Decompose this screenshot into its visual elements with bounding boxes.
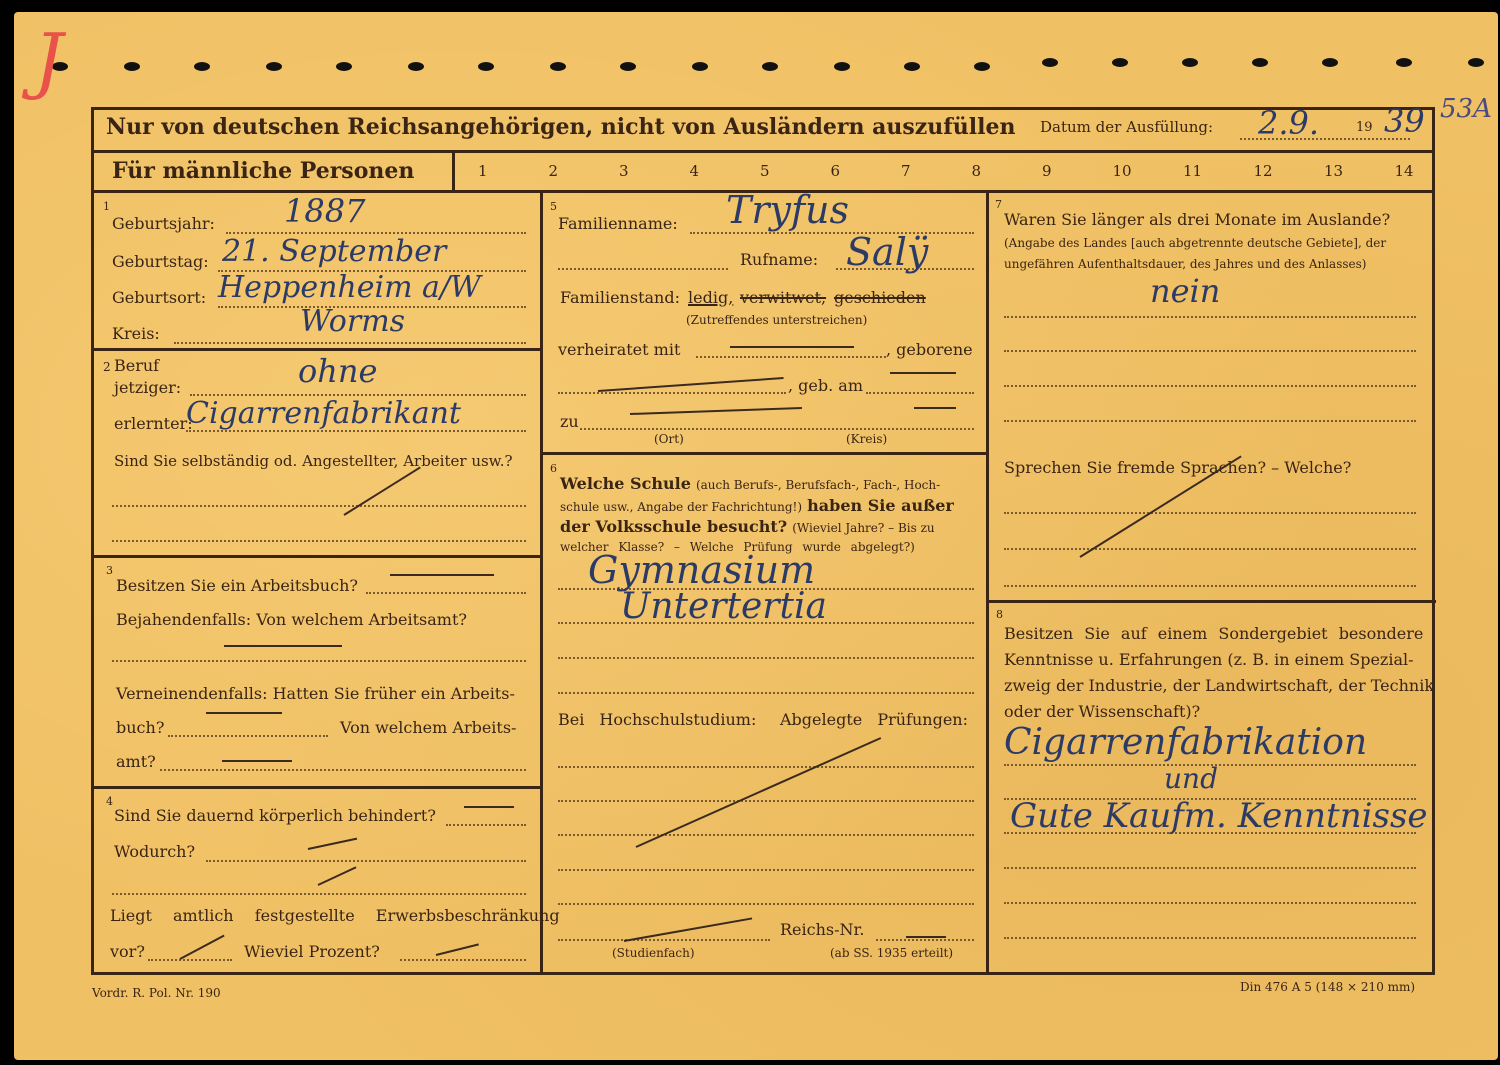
birth-place-value[interactable]: Heppenheim a/W <box>218 270 481 305</box>
marital-hint: (Zutreffendes unterstreichen) <box>686 313 867 327</box>
date-label: Datum der Ausfüllung: <box>1040 118 1213 136</box>
cause-question: Wodurch? <box>114 842 195 861</box>
current-profession-label: jetziger: <box>114 378 181 397</box>
red-letter-mark: J <box>34 18 63 102</box>
learned-profession-label: erlernter: <box>114 414 193 433</box>
divider <box>540 452 988 455</box>
school-hint: (auch Berufs-, Berufsfach-, Fach-, Hoch- <box>696 478 940 492</box>
divider <box>91 786 542 789</box>
learned-profession-value[interactable]: Cigarrenfabrikant <box>186 396 461 431</box>
section-number: 2 <box>103 360 111 374</box>
percent-question: Wieviel Prozent? <box>244 942 380 961</box>
column-number: 4 <box>690 162 700 180</box>
school-hint: (Wieviel Jahre? – Bis zu <box>792 521 934 535</box>
column-number: 9 <box>1042 162 1052 180</box>
dash-stroke <box>224 645 342 647</box>
divider <box>91 348 542 351</box>
divider <box>986 600 1436 603</box>
school-hint: schule usw., Angabe der Fachrichtung!) <box>560 500 802 514</box>
column-number: 8 <box>972 162 982 180</box>
previous-work-book-question: Verneinendenfalls: Hatten Sie früher ein… <box>116 684 515 703</box>
section-number: 7 <box>995 198 1002 211</box>
birth-day-value[interactable]: 21. September <box>222 234 446 269</box>
column-number: 7 <box>901 162 911 180</box>
district-label: Kreis: <box>112 324 160 343</box>
maiden-name-label: , geborene <box>886 340 973 359</box>
column-number: 3 <box>619 162 629 180</box>
column-number: 10 <box>1113 162 1132 180</box>
employment-question: Sind Sie selbständig od. Angestellter, A… <box>114 452 513 470</box>
expertise-question: Kenntnisse u. Erfahrungen (z. B. in eine… <box>1004 650 1414 669</box>
divider <box>91 555 542 558</box>
languages-question: Sprechen Sie fremde Sprachen? – Welche? <box>1004 458 1351 477</box>
earning-limit-question: Liegt amtlich festgestellte Erwerbsbesch… <box>110 906 560 925</box>
school-answer-2[interactable]: Untertertia <box>620 586 827 627</box>
expertise-question: zweig der Industrie, der Landwirtschaft,… <box>1004 676 1434 695</box>
current-profession-value[interactable]: ohne <box>298 352 377 390</box>
paper-format: Din 476 A 5 (148 × 210 mm) <box>1240 980 1415 994</box>
university-label: Bei Hochschulstudium: <box>558 710 756 729</box>
birth-day-label: Geburtstag: <box>112 252 209 271</box>
dash-stroke <box>464 806 514 808</box>
divider <box>91 150 1435 153</box>
work-book-question: Besitzen Sie ein Arbeitsbuch? <box>116 576 358 595</box>
disability-question: Sind Sie dauernd körperlich behindert? <box>114 806 436 825</box>
label: buch? <box>116 718 164 737</box>
column-number: 6 <box>831 162 841 180</box>
form-subtitle: Für männliche Personen <box>112 158 414 184</box>
birth-year-value[interactable]: 1887 <box>284 192 365 230</box>
dash-stroke <box>890 372 956 374</box>
form-title: Nur von deutschen Reichsangehörigen, nic… <box>106 114 1015 140</box>
born-at-label: zu <box>560 412 579 431</box>
label: amt? <box>116 752 156 771</box>
column-number: 13 <box>1324 162 1343 180</box>
marital-single-option[interactable]: ledig, <box>688 288 733 307</box>
marital-divorced-option[interactable]: geschieden <box>834 288 926 307</box>
school-question: Welche Schule <box>560 474 691 493</box>
abroad-hint: (Angabe des Landes [auch abgetrennte deu… <box>1004 236 1386 250</box>
subject-hint: (Studienfach) <box>612 946 695 960</box>
date-day-month[interactable]: 2.9. <box>1258 104 1319 142</box>
column-number: 1 <box>478 162 488 180</box>
abroad-question: Waren Sie länger als drei Monate im Ausl… <box>1004 210 1390 229</box>
profession-label: Beruf <box>114 356 159 375</box>
born-on-label: , geb. am <box>788 376 863 395</box>
divider <box>540 190 543 975</box>
district-value[interactable]: Worms <box>300 304 405 339</box>
issued-hint: (ab SS. 1935 erteilt) <box>830 946 953 960</box>
column-number: 11 <box>1183 162 1202 180</box>
column-number: 5 <box>760 162 770 180</box>
expertise-answer-1[interactable]: Cigarrenfabrikation <box>1004 722 1367 763</box>
dash-stroke <box>730 346 854 348</box>
abroad-answer[interactable]: nein <box>1150 272 1220 310</box>
date-century: 19 <box>1356 120 1373 135</box>
place-hint: (Ort) <box>654 432 684 446</box>
dash-stroke <box>906 936 946 938</box>
column-number: 12 <box>1254 162 1273 180</box>
expertise-question: oder der Wissenschaft)? <box>1004 702 1200 721</box>
marital-status-label: Familienstand: <box>560 288 680 307</box>
birth-year-label: Geburtsjahr: <box>112 214 215 233</box>
first-name-label: Rufname: <box>740 250 818 269</box>
date-year[interactable]: 39 <box>1384 102 1425 140</box>
dash-stroke <box>206 712 282 714</box>
school-question: haben Sie außer <box>807 496 954 515</box>
divider <box>986 190 989 975</box>
column-number: 14 <box>1395 162 1414 180</box>
married-to-label: verheiratet mit <box>558 340 680 359</box>
reich-number-label: Reichs-Nr. <box>780 920 865 939</box>
first-name-value[interactable]: Salÿ <box>846 230 928 274</box>
form-number: Vordr. R. Pol. Nr. 190 <box>92 986 221 1000</box>
exams-label: Abgelegte Prüfungen: <box>780 710 968 729</box>
archive-number: 53A <box>1440 94 1492 124</box>
expertise-question: Besitzen Sie auf einem Sondergebiet beso… <box>1004 624 1423 643</box>
section-number: 8 <box>996 608 1003 621</box>
marital-widowed-option[interactable]: verwitwet, <box>740 288 826 307</box>
divider <box>452 150 455 192</box>
column-number: 2 <box>549 162 559 180</box>
surname-value[interactable]: Tryfus <box>726 188 849 232</box>
section-number: 5 <box>550 200 557 213</box>
birth-place-label: Geburtsort: <box>112 288 206 307</box>
dash-stroke <box>222 760 292 762</box>
expertise-answer-3[interactable]: Gute Kaufm. Kenntnisse <box>1010 796 1428 836</box>
abroad-hint: ungefähren Aufenthaltsdauer, des Jahres … <box>1004 257 1366 271</box>
dash-stroke <box>914 407 956 409</box>
section-number: 1 <box>103 200 110 213</box>
district-hint: (Kreis) <box>846 432 887 446</box>
dash-stroke <box>390 574 494 576</box>
section-number: 3 <box>106 564 113 577</box>
work-office-question: Bejahendenfalls: Von welchem Arbeitsamt? <box>116 610 467 629</box>
surname-label: Familienname: <box>558 214 678 233</box>
label: vor? <box>110 942 145 961</box>
school-question: der Volksschule besucht? <box>560 517 787 536</box>
section-number: 6 <box>550 462 557 475</box>
section-number: 4 <box>106 795 113 808</box>
label: Von welchem Arbeits- <box>340 718 516 737</box>
expertise-answer-2[interactable]: und <box>1164 762 1218 795</box>
